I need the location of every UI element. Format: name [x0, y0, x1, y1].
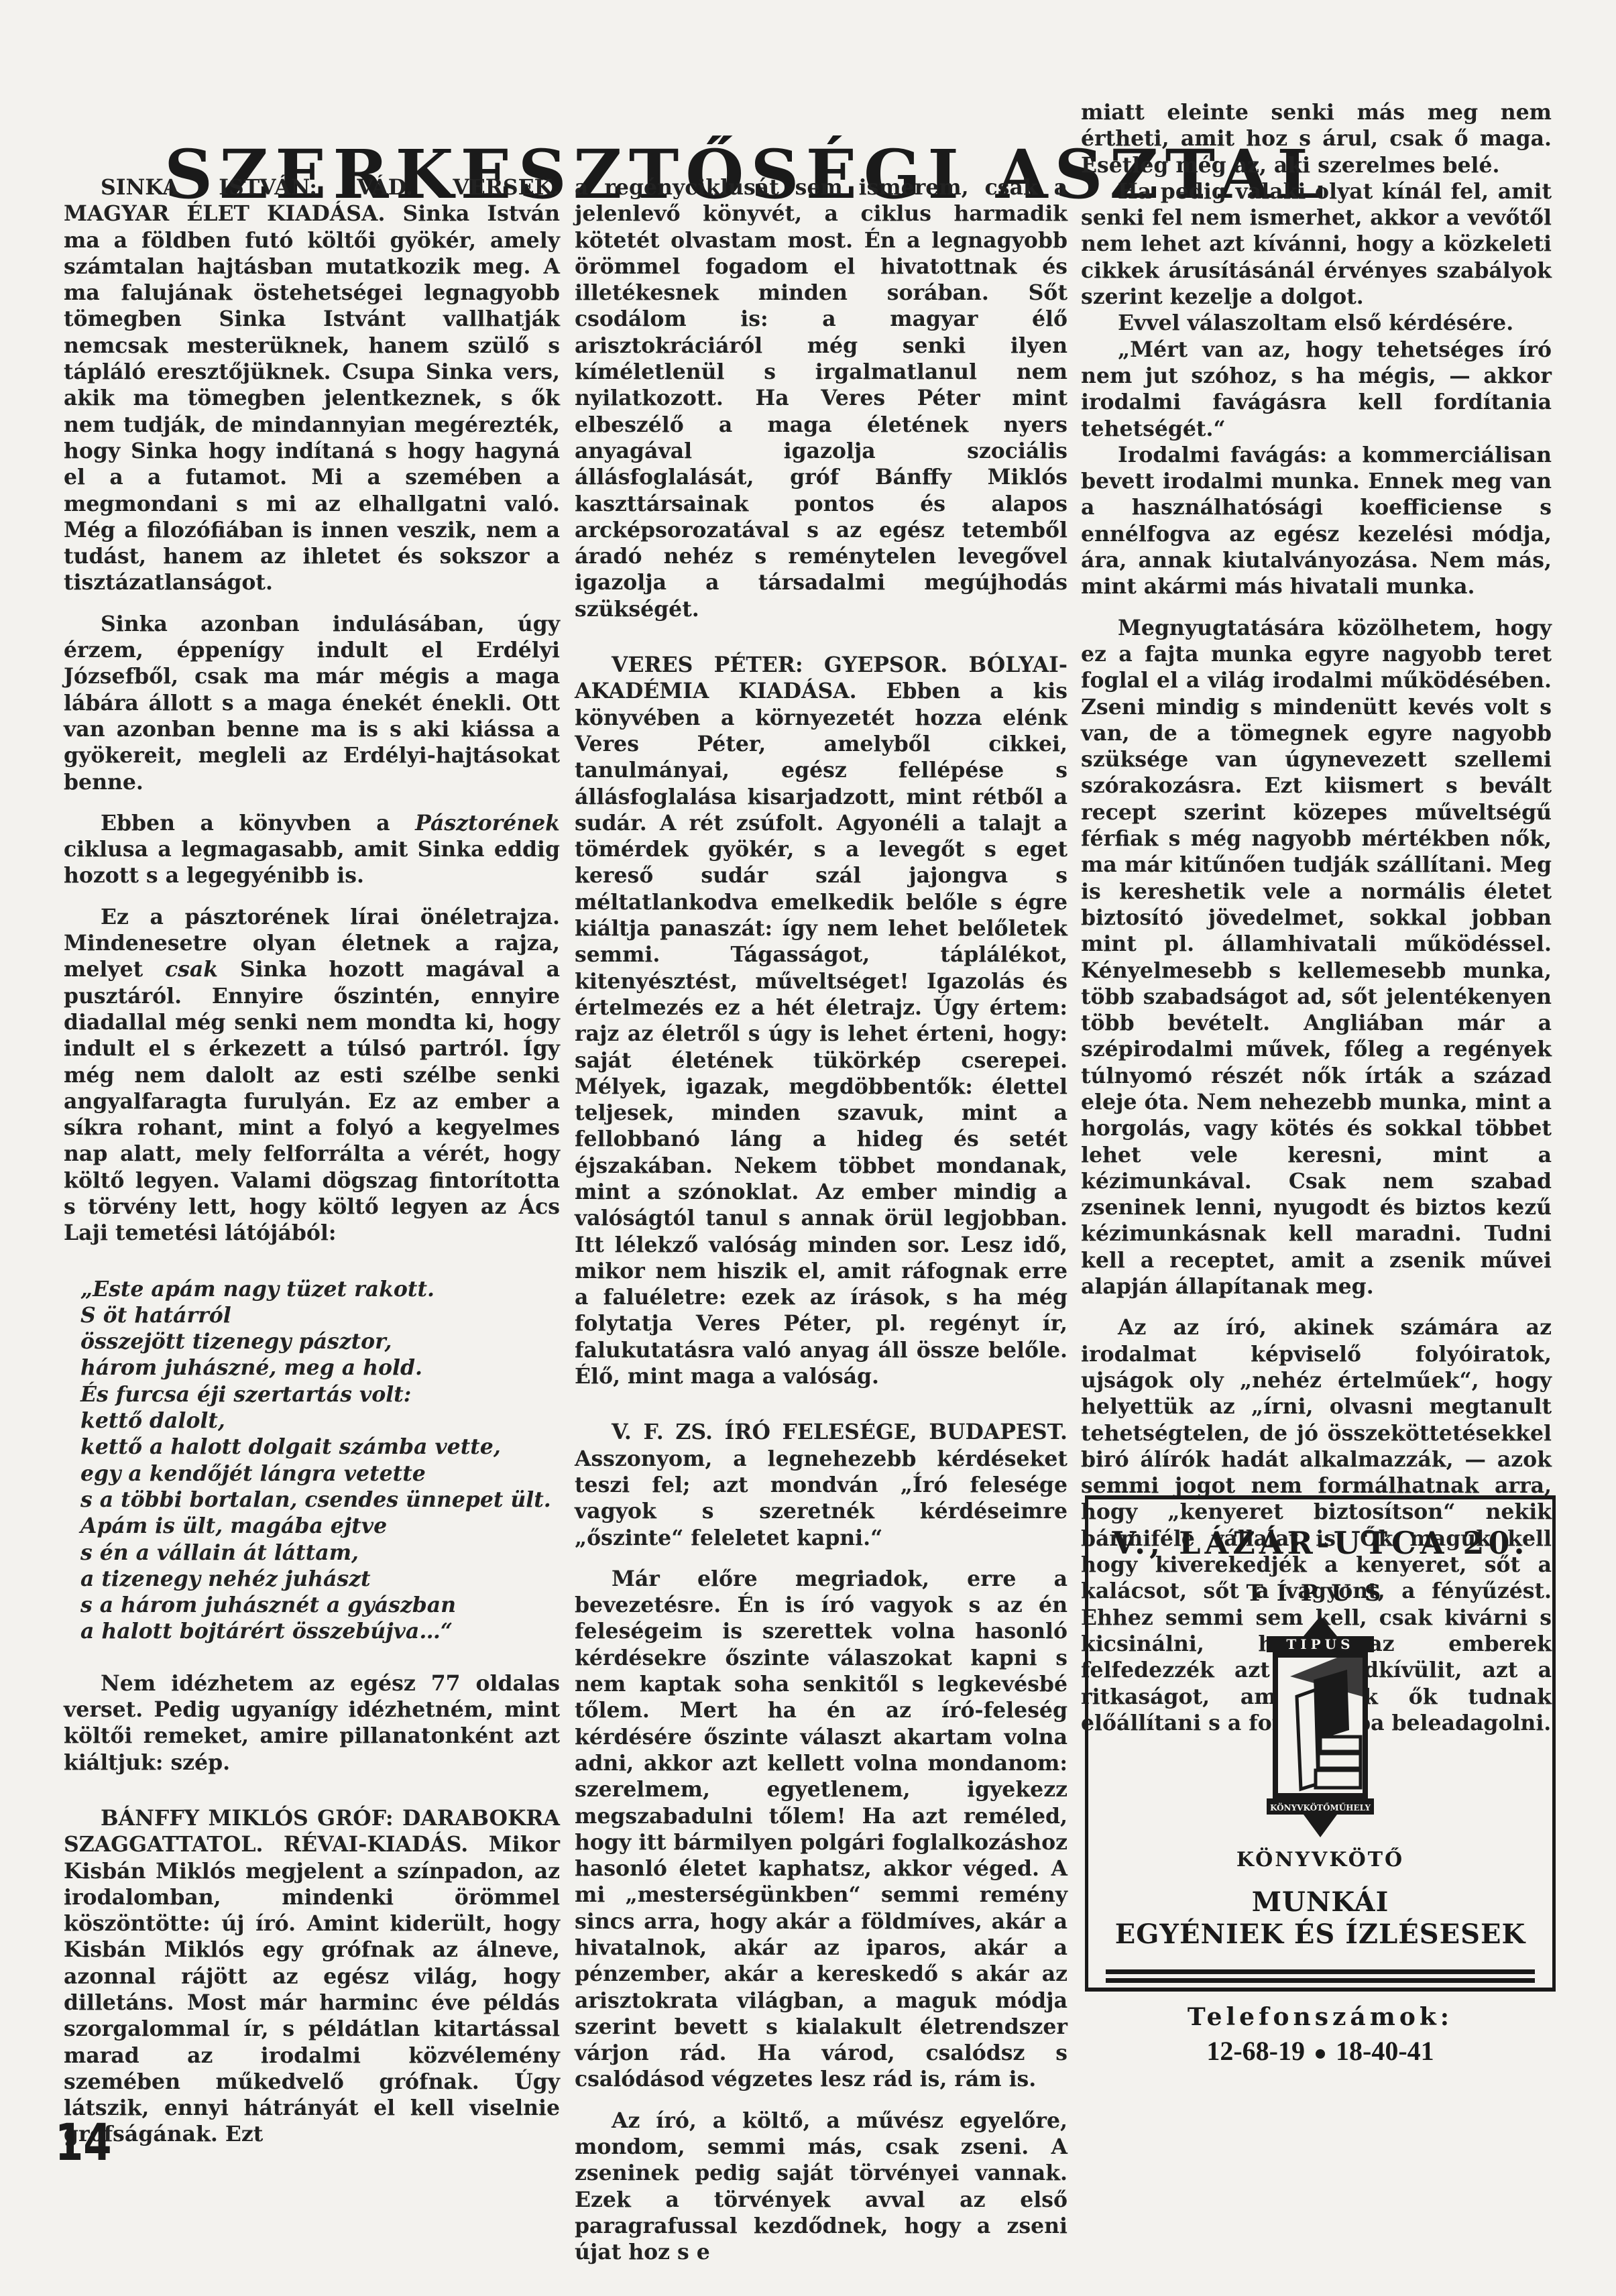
paragraph: Megnyugtatására közölhetem, hogy ez a fa…	[1081, 615, 1552, 1300]
paragraph: Ebben a könyvben a Pásztorének ciklusa a…	[64, 810, 560, 889]
poem-line: a tizenegy nehéz juhászt	[80, 1566, 560, 1592]
ad-brand: TÍPUS	[1088, 1580, 1552, 1607]
column-2: a regényciklusát sem ismerem, csak a jel…	[575, 174, 1067, 2266]
poem-line: És furcsa éji szertartás volt:	[80, 1381, 560, 1408]
ad-subtitle: KÖNYVKÖTŐ	[1088, 1848, 1552, 1872]
page-number: 14	[55, 2112, 112, 2172]
poem-line: Apám is ült, magába ejtve	[80, 1513, 560, 1539]
paragraph: Ez a pásztorének lírai önéletrajza. Mind…	[64, 904, 560, 1247]
phone-numbers: 12-68-1918-40-41	[1088, 2035, 1552, 2067]
paragraph: Ha pedig valaki olyat kínál fel, amit se…	[1081, 178, 1552, 310]
stacked-books-icon: TIPUS KÖNYVKÖTŐMŰHELY	[1263, 1616, 1377, 1837]
column-3: miatt eleinte senki más meg nem értheti,…	[1081, 99, 1552, 1736]
paragraph: Evvel válaszoltam első kérdésére.	[1081, 310, 1552, 336]
ad-address: V., LÁZÁR-UTCA 20.	[1088, 1525, 1552, 1561]
poem-line: a halott bojtárért összebújva…“	[80, 1618, 560, 1644]
svg-text:KÖNYVKÖTŐMŰHELY: KÖNYVKÖTŐMŰHELY	[1270, 1802, 1371, 1813]
review-sinka: SINKA ISTVÁN: VÁD. VERSEK. MAGYAR ÉLET K…	[64, 174, 560, 596]
paragraph: Már előre megriadok, erre a bevezetésre.…	[575, 1566, 1067, 2093]
paragraph: Nem idézhetem az egész 77 oldalas verset…	[64, 1670, 560, 1776]
svg-text:TIPUS: TIPUS	[1286, 1636, 1354, 1652]
bullet-icon	[1316, 2049, 1325, 2059]
paragraph: Az író, a költő, a művész egyelőre, mond…	[575, 2108, 1067, 2266]
paragraph: miatt eleinte senki más meg nem értheti,…	[1081, 99, 1552, 178]
letter-reply-heading: V. F. ZS. ÍRÓ FELESÉGE, BUDAPEST. Asszon…	[575, 1419, 1067, 1550]
poem-line: s én a vállain át láttam,	[80, 1540, 560, 1566]
poem-line: S öt határról	[80, 1302, 560, 1328]
phone-label: Telefonszámok:	[1088, 2003, 1552, 2031]
phone-number: 12-68-19	[1206, 2036, 1305, 2066]
poem-quote: „Este apám nagy tüzet rakott. S öt határ…	[80, 1276, 560, 1645]
poem-line: egy a kendőjét lángra vetette	[80, 1460, 560, 1487]
paragraph: a regényciklusát sem ismerem, csak a jel…	[575, 174, 1067, 622]
paragraph: Sinka azonban indulásában, úgy érzem, ép…	[64, 611, 560, 795]
double-rule-divider	[1106, 1969, 1535, 1983]
paragraph: Irodalmi favágás: a kommerciálisan bevet…	[1081, 442, 1552, 600]
phone-number: 18-40-41	[1336, 2036, 1434, 2066]
ad-works: MUNKÁI EGYÉNIEK ÉS ÍZLÉSESEK	[1088, 1886, 1552, 1951]
poem-line: s a három juhásznét a gyászban	[80, 1592, 560, 1618]
bookbinder-advertisement: V., LÁZÁR-UTCA 20. TÍPUS TIPUS KÖNYVKÖTŐ…	[1085, 1495, 1556, 1992]
review-banffy: BÁNFFY MIKLÓS GRÓF: DARABOKRA SZAGGATTAT…	[64, 1805, 560, 2148]
paragraph: „Mért van az, hogy tehetséges író nem ju…	[1081, 337, 1552, 442]
column-1: SINKA ISTVÁN: VÁD. VERSEK. MAGYAR ÉLET K…	[64, 174, 560, 2148]
poem-line: összejött tizenegy pásztor,	[80, 1328, 560, 1355]
poem-line: s a többi bortalan, csendes ünnepet ült.	[80, 1487, 560, 1513]
poem-line: kettő a halott dolgait számba vette,	[80, 1434, 560, 1460]
review-veres: VERES PÉTER: GYEPSOR. BÓLYAI-AKADÉMIA KI…	[575, 652, 1067, 1389]
poem-line: „Este apám nagy tüzet rakott.	[80, 1276, 560, 1302]
poem-line: három juhászné, meg a hold.	[80, 1355, 560, 1381]
poem-line: kettő dalolt,	[80, 1408, 560, 1434]
